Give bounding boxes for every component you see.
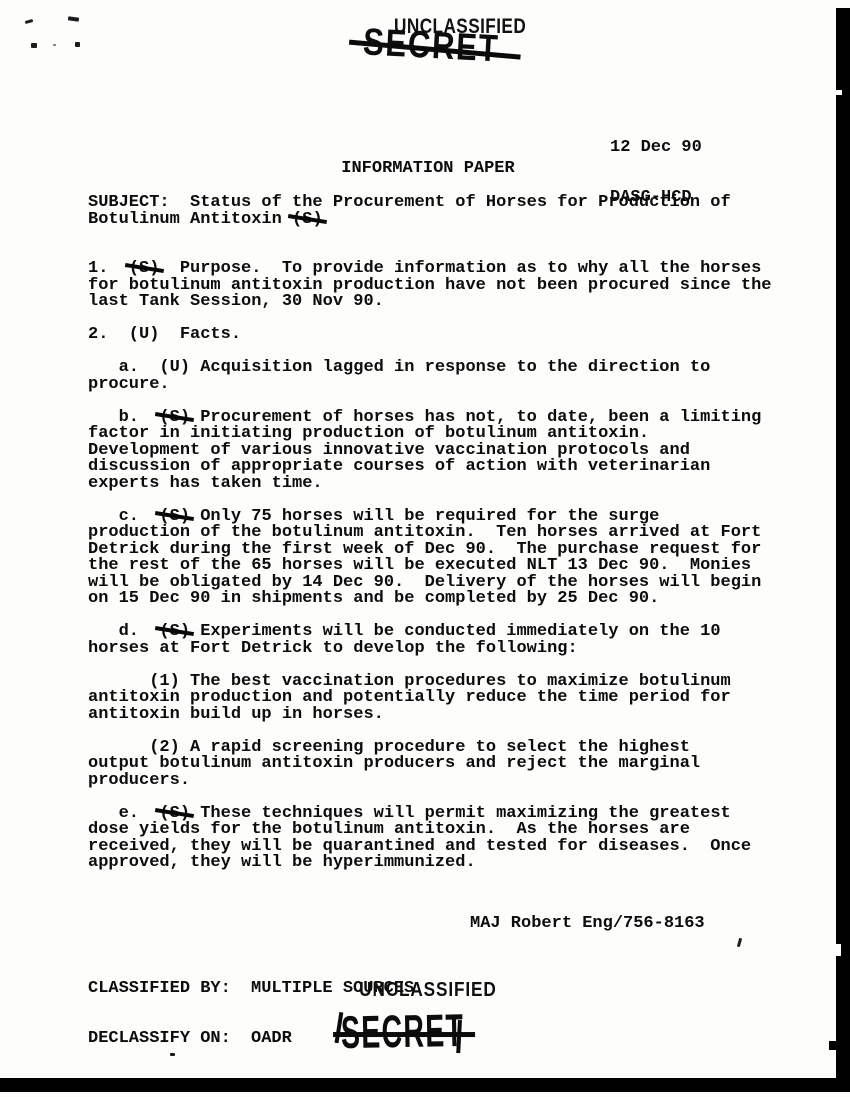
classification-banner-bottom: UNCLASSIFIED	[359, 979, 496, 1002]
declassify-on-value: OADR	[251, 1029, 292, 1048]
scan-speck	[31, 43, 37, 48]
scan-speck	[25, 19, 34, 24]
classification-marker-struck: (S)	[159, 408, 190, 427]
scan-speck	[170, 1053, 175, 1056]
scan-bar-notch	[836, 944, 841, 956]
paragraph: e. (S) These techniques will permit maxi…	[88, 806, 812, 872]
paragraph: SUBJECT: Status of the Procurement of Ho…	[88, 195, 812, 228]
classification-marker-struck: (S)	[159, 804, 190, 823]
paragraph-text: SUBJECT: Status of the Procurement of Ho…	[88, 193, 731, 229]
declassify-on-label: DECLASSIFY ON:	[88, 1031, 251, 1048]
scan-speck	[68, 16, 79, 21]
paragraph-text: 2. (U) Facts.	[88, 325, 241, 344]
document-body: SUBJECT: Status of the Procurement of Ho…	[88, 195, 812, 888]
paragraph: (2) A rapid screening procedure to selec…	[88, 740, 812, 790]
stamp-strikethrough-line	[333, 1032, 475, 1037]
document-date: 12 Dec 90	[610, 140, 702, 157]
paragraph-text: Purpose. To provide information as to wh…	[88, 259, 772, 311]
scan-bar-notch	[836, 90, 842, 95]
paragraph-text: (1) The best vaccination procedures to m…	[88, 672, 731, 724]
paragraph-text: (2) A rapid screening procedure to selec…	[88, 738, 700, 790]
scan-speck	[737, 938, 742, 947]
paragraph: b. (S) Procurement of horses has not, to…	[88, 410, 812, 493]
classification-marker-struck: (S)	[129, 259, 160, 278]
scan-speck	[75, 42, 80, 47]
paragraph: 2. (U) Facts.	[88, 327, 812, 344]
scanned-document-page: UNCLASSIFIED SECRET 12 Dec 90 DASG-HCD I…	[0, 0, 850, 1097]
paragraph: 1. (S) Purpose. To provide information a…	[88, 261, 812, 311]
classification-marker-struck: (S)	[159, 507, 190, 526]
secret-stamp-bottom: SECRET	[341, 1010, 472, 1053]
paragraph: d. (S) Experiments will be conducted imm…	[88, 624, 812, 657]
document-title: INFORMATION PAPER	[88, 161, 768, 178]
scan-edge-bar-bottom	[0, 1078, 840, 1092]
scan-bar-nub	[829, 1041, 836, 1050]
paragraph: a. (U) Acquisition lagged in response to…	[88, 360, 812, 393]
classification-marker-struck: (S)	[292, 210, 323, 229]
classification-marker-struck: (S)	[159, 622, 190, 641]
classification-banner-bottom-wrap: UNCLASSIFIED	[0, 979, 850, 1002]
secret-stamp-top: SECRET	[362, 25, 504, 66]
paragraph: c. (S) Only 75 horses will be required f…	[88, 509, 812, 608]
signature-line: MAJ Robert Eng/756-8163	[470, 916, 705, 933]
scan-speck	[53, 44, 56, 46]
paragraph: (1) The best vaccination procedures to m…	[88, 674, 812, 724]
paragraph-text: a. (U) Acquisition lagged in response to…	[88, 358, 710, 394]
scan-edge-bar-right	[836, 8, 850, 1092]
